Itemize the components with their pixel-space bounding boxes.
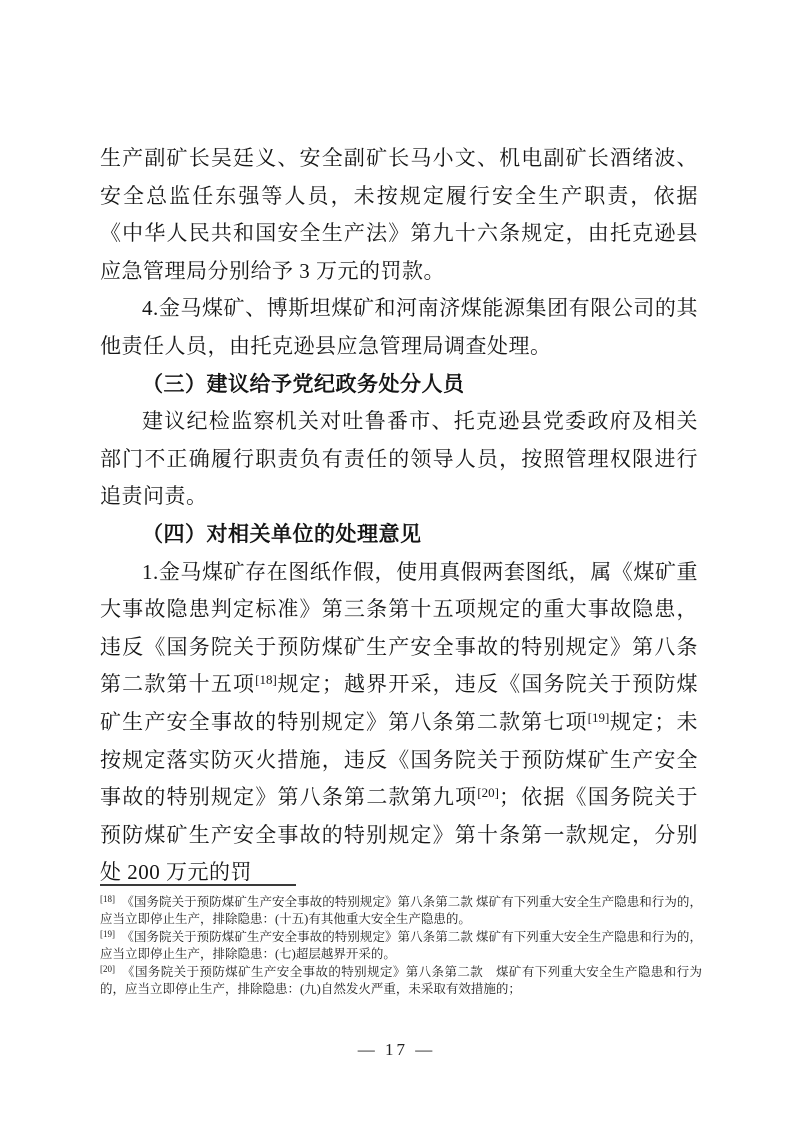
footnote-ref-20: [20]	[477, 785, 499, 800]
footnote-ref-18: [18]	[255, 672, 277, 687]
footnotes-section: [18] 《国务院关于预防煤矿生产安全事故的特别规定》第八条第二款 煤矿有下列重…	[100, 884, 702, 999]
heading-section-4: （四）对相关单位的处理意见	[100, 516, 698, 554]
footnote-marker: [20]	[100, 964, 115, 974]
footnote-19: [19] 《国务院关于预防煤矿生产安全事故的特别规定》第八条第二款 煤矿有下列重…	[100, 929, 702, 962]
footnote-20: [20] 《国务院关于预防煤矿生产安全事故的特别规定》第八条第二款 煤矿有下列重…	[100, 964, 702, 997]
heading-section-3: （三）建议给予党纪政务处分人员	[100, 366, 698, 404]
paragraph-discipline-recommendation: 建议纪检监察机关对吐鲁番市、托克逊县党委政府及相关部门不正确履行职责负有责任的领…	[100, 403, 698, 516]
footnote-text: 《国务院关于预防煤矿生产安全事故的特别规定》第八条第二款 煤矿有下列重大安全生产…	[100, 965, 702, 996]
footnote-ref-19: [19]	[588, 710, 610, 725]
paragraph-item-4: 4.金马煤矿、博斯坦煤矿和河南济煤能源集团有限公司的其他责任人员，由托克逊县应急…	[100, 290, 698, 365]
page-number: — 17 —	[0, 1040, 793, 1060]
footnote-marker: [19]	[100, 929, 115, 939]
paragraph-fine-continued: 生产副矿长吴廷义、安全副矿长马小文、机电副矿长酒绪波、安全总监任东强等人员，未按…	[100, 140, 698, 290]
document-body: 生产副矿长吴廷义、安全副矿长马小文、机电副矿长酒绪波、安全总监任东强等人员，未按…	[100, 140, 698, 892]
paragraph-unit-handling: 1.金马煤矿存在图纸作假，使用真假两套图纸，属《煤矿重大事故隐患判定标准》第三条…	[100, 554, 698, 892]
document-page: 生产副矿长吴廷义、安全副矿长马小文、机电副矿长酒绪波、安全总监任东强等人员，未按…	[0, 0, 793, 1122]
footnote-marker: [18]	[100, 894, 115, 904]
footnote-text: 《国务院关于预防煤矿生产安全事故的特别规定》第八条第二款 煤矿有下列重大安全生产…	[100, 930, 702, 961]
footnote-18: [18] 《国务院关于预防煤矿生产安全事故的特别规定》第八条第二款 煤矿有下列重…	[100, 894, 702, 927]
footnote-text: 《国务院关于预防煤矿生产安全事故的特别规定》第八条第二款 煤矿有下列重大安全生产…	[100, 895, 702, 926]
footnote-separator-line	[100, 884, 296, 886]
